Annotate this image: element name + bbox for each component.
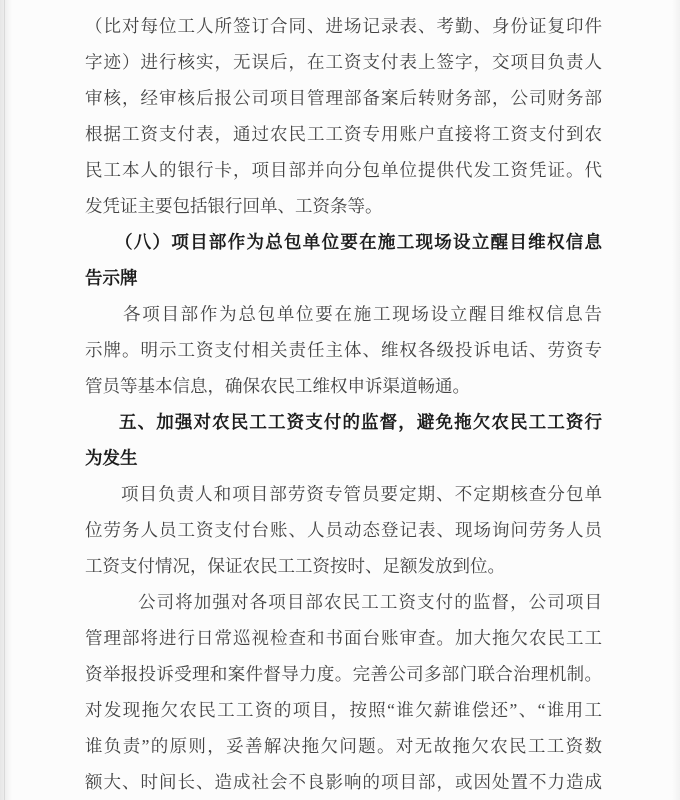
text-line: 资举报投诉受理和案件督导力度。完善公司多部门联合治理机制。 [85,656,602,692]
text-line: 审核，经审核后报公司项目管理部备案后转财务部，公司财务部 [85,80,602,116]
text-line: 字迹）进行核实，无误后，在工资支付表上签字，交项目负责人 [85,44,602,80]
heading-line: （八）项目部作为总包单位要在施工现场设立醒目维权信息 [85,224,602,260]
heading-line: 五、加强对农民工工资支付的监督，避免拖欠农民工工资行 [85,404,602,440]
text-line: 管员等基本信息，确保农民工维权申诉渠道畅通。 [85,368,602,404]
text-line: 发凭证主要包括银行回单、工资条等。 [85,188,602,224]
text-line: 示牌。明示工资支付相关责任主体、维权各级投诉电话、劳资专 [85,332,602,368]
text-line: 位劳务人员工资支付台账、人员动态登记表、现场询问劳务人员 [85,512,602,548]
text-line: 民工本人的银行卡，项目部并向分包单位提供代发工资凭证。代 [85,152,602,188]
text-line: 额大、时间长、造成社会不良影响的项目部，或因处置不力造成 [85,764,602,800]
text-line: 各项目部作为总包单位要在施工现场设立醒目维权信息告 [85,296,602,332]
text-line: 项目负责人和项目部劳资专管员要定期、不定期核查分包单 [85,476,602,512]
document-text-block: （比对每位工人所签订合同、进场记录表、考勤、身份证复印件字迹）进行核实，无误后，… [0,0,680,800]
text-line: 谁负责”的原则，妥善解决拖欠问题。对无故拖欠农民工工资数 [85,728,602,764]
text-line: 管理部将进行日常巡视检查和书面台账审查。加大拖欠农民工工 [85,620,602,656]
text-line: 工资支付情况，保证农民工工资按时、足额发放到位。 [85,548,602,584]
heading-line: 为发生 [85,440,602,476]
text-line: 公司将加强对各项目部农民工工资支付的监督，公司项目 [85,584,602,620]
heading-line: 告示牌 [85,260,602,296]
text-line: 根据工资支付表，通过农民工工资专用账户直接将工资支付到农 [85,116,602,152]
text-line: 对发现拖欠农民工工资的项目，按照“谁欠薪谁偿还”、“谁用工 [85,692,602,728]
document-page: （比对每位工人所签订合同、进场记录表、考勤、身份证复印件字迹）进行核实，无误后，… [0,0,680,800]
text-line: （比对每位工人所签订合同、进场记录表、考勤、身份证复印件 [85,8,602,44]
